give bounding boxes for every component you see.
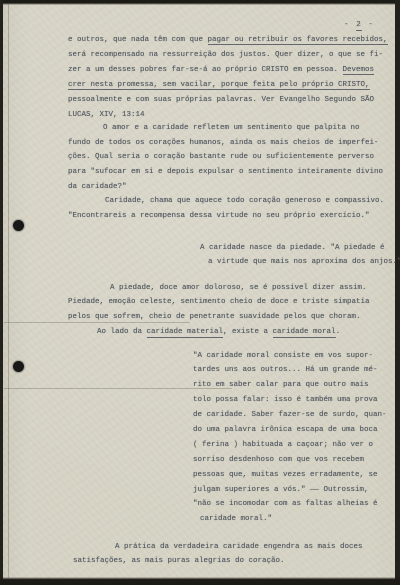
text-line: rito em saber calar para que outro mais (193, 378, 387, 393)
text-segment: fundo de todos os corações humanos, aind… (68, 139, 379, 147)
underlined-text: caridade material (147, 328, 224, 338)
underlined-text: caridade moral (273, 328, 336, 338)
hole-punch-top (13, 220, 24, 231)
text-segment: Piedade, emoção celeste, sentimento chei… (68, 298, 370, 306)
text-line: da caridade?" (68, 180, 383, 195)
paragraph-conclusao: A prática da verdadeira caridade engendr… (73, 540, 363, 569)
text-line: pelos que sofrem, cheio de penetrante su… (68, 310, 370, 325)
page-number: - 2 - (344, 18, 375, 33)
paragraph-promessa: e outros, que nada têm com que pagar ou … (68, 33, 388, 123)
text-line: zer a um desses pobres far-se-á ao própr… (68, 63, 388, 78)
underlined-text: Devemos (343, 66, 375, 76)
text-line: e outros, que nada têm com que pagar ou … (68, 33, 388, 48)
hole-punch-bottom (13, 361, 24, 372)
text-line: O amor e a caridade refletem um sentimen… (103, 121, 383, 136)
text-segment: "não se incomodar com as faltas alheias … (193, 500, 378, 508)
paragraph-caridade-chama: Caridade, chama que aquece todo coração … (68, 194, 384, 223)
citacao-piedade: A caridade nasce da piedade. "A piedade … (200, 241, 400, 270)
text-segment: tardes uns aos outros... Há um grande mé… (193, 366, 378, 374)
text-segment: LUCAS, XIV, 13:14 (68, 111, 145, 119)
text-segment: pelos que sofrem, cheio de penetrante su… (68, 313, 361, 321)
underlined-text: crer nesta promessa, sem vacilar, porque… (68, 81, 370, 91)
text-line: A prática da verdadeira caridade engendr… (115, 540, 363, 555)
text-line: tolo possa falar: isso é também uma prov… (193, 393, 387, 408)
text-segment: pessoalmente e com suas próprias palavra… (68, 96, 374, 104)
text-segment: do uma palavra irônica escapa de uma boc… (193, 426, 378, 434)
text-segment: será recompensado na ressurreição dos ju… (68, 51, 383, 59)
scanned-typewritten-page: - 2 - e outros, que nada têm com que pag… (0, 0, 400, 585)
text-line: "Encontrareis a recompensa dessa virtude… (68, 209, 384, 224)
text-segment: pessoas que, muitas vezes erradamente, s… (193, 471, 378, 479)
text-line: pessoas que, muitas vezes erradamente, s… (193, 468, 387, 483)
text-segment: - (344, 21, 356, 29)
text-line: satisfações, as mais puras alegrias do c… (73, 554, 363, 569)
text-segment: a virtude que mais nos aproxima dos anjo… (208, 258, 400, 266)
text-line: A piedade, doce amor doloroso, se é poss… (110, 281, 370, 296)
scan-border-right (395, 0, 400, 585)
scan-border-bottom (0, 577, 400, 585)
text-line: "não se incomodar com as faltas alheias … (193, 497, 387, 512)
text-segment: O amor e a caridade refletem um sentimen… (103, 124, 360, 132)
text-line: de caridade. Saber fazer-se de surdo, qu… (193, 408, 387, 423)
text-line: A caridade nasce da piedade. "A piedade … (200, 241, 400, 256)
text-line: do uma palavra irônica escapa de uma boc… (193, 423, 387, 438)
text-segment: A caridade nasce da piedade. "A piedade … (200, 244, 385, 252)
paragraph-amor-caridade: O amor e a caridade refletem um sentimen… (68, 121, 383, 194)
text-line: ções. Qual seria o coração bastante rude… (68, 150, 383, 165)
text-segment: zer a um desses pobres far-se-á ao própr… (68, 66, 343, 74)
text-segment: A prática da verdadeira caridade engendr… (115, 543, 363, 551)
text-segment: julgam superiores a vós." —— Outrossim, (193, 486, 369, 494)
text-segment: ( ferina ) habituada a caçoar; não ver o (193, 441, 373, 449)
text-segment: e outros, que nada têm com que (68, 36, 208, 44)
text-line: "A caridade moral consiste em vos supor- (193, 349, 387, 364)
text-segment: . (336, 328, 341, 336)
scan-border-left (0, 0, 3, 585)
text-segment: rito em saber calar para que outro mais (193, 381, 369, 389)
linha-caridade-material-moral: Ao lado da caridade material, existe a c… (97, 325, 340, 340)
text-line: julgam superiores a vós." —— Outrossim, (193, 483, 387, 498)
text-line: Piedade, emoção celeste, sentimento chei… (68, 295, 370, 310)
text-line: será recompensado na ressurreição dos ju… (68, 48, 388, 63)
text-line: para "sufocar em si e depois expulsar o … (68, 165, 383, 180)
text-line: crer nesta promessa, sem vacilar, porque… (68, 78, 388, 93)
text-segment: para "sufocar em si e depois expulsar o … (68, 168, 383, 176)
blockquote-caridade-moral: "A caridade moral consiste em vos supor-… (193, 349, 387, 528)
text-segment: caridade moral." (200, 515, 272, 523)
text-segment: Ao lado da (97, 328, 147, 336)
text-segment: "Encontrareis a recompensa dessa virtude… (68, 212, 370, 220)
text-segment: A piedade, doce amor doloroso, se é poss… (110, 284, 367, 292)
text-segment: da caridade?" (68, 183, 127, 191)
text-segment: ções. Qual seria o coração bastante rude… (68, 153, 374, 161)
scan-border-top (0, 0, 400, 5)
underlined-text: pagar ou retribuir os favores recebidos, (208, 36, 388, 46)
text-line: ( ferina ) habituada a caçoar; não ver o (193, 438, 387, 453)
text-line: caridade moral." (200, 512, 387, 527)
text-segment: - (362, 21, 374, 29)
text-line: sorriso desdenhoso com que vos recebem (193, 453, 387, 468)
text-segment: "A caridade moral consiste em vos supor- (193, 352, 373, 360)
paper-edge-line (8, 4, 9, 578)
text-line: pessoalmente e com suas próprias palavra… (68, 93, 388, 108)
text-line: a virtude que mais nos aproxima dos anjo… (208, 255, 400, 270)
text-line: Caridade, chama que aquece todo coração … (105, 194, 384, 209)
text-segment: Caridade, chama que aquece todo coração … (105, 197, 384, 205)
paragraph-piedade: A piedade, doce amor doloroso, se é poss… (68, 281, 370, 325)
text-segment: , existe a (223, 328, 273, 336)
text-segment: de caridade. Saber fazer-se de surdo, qu… (193, 411, 387, 419)
text-segment: sorriso desdenhoso com que vos recebem (193, 456, 364, 464)
text-line: tardes uns aos outros... Há um grande mé… (193, 363, 387, 378)
text-segment: satisfações, as mais puras alegrias do c… (73, 557, 285, 565)
text-line: Ao lado da caridade material, existe a c… (97, 325, 340, 340)
text-line: fundo de todos os corações humanos, aind… (68, 136, 383, 151)
text-line: - 2 - (344, 18, 375, 33)
text-segment: tolo possa falar: isso é também uma prov… (193, 396, 378, 404)
